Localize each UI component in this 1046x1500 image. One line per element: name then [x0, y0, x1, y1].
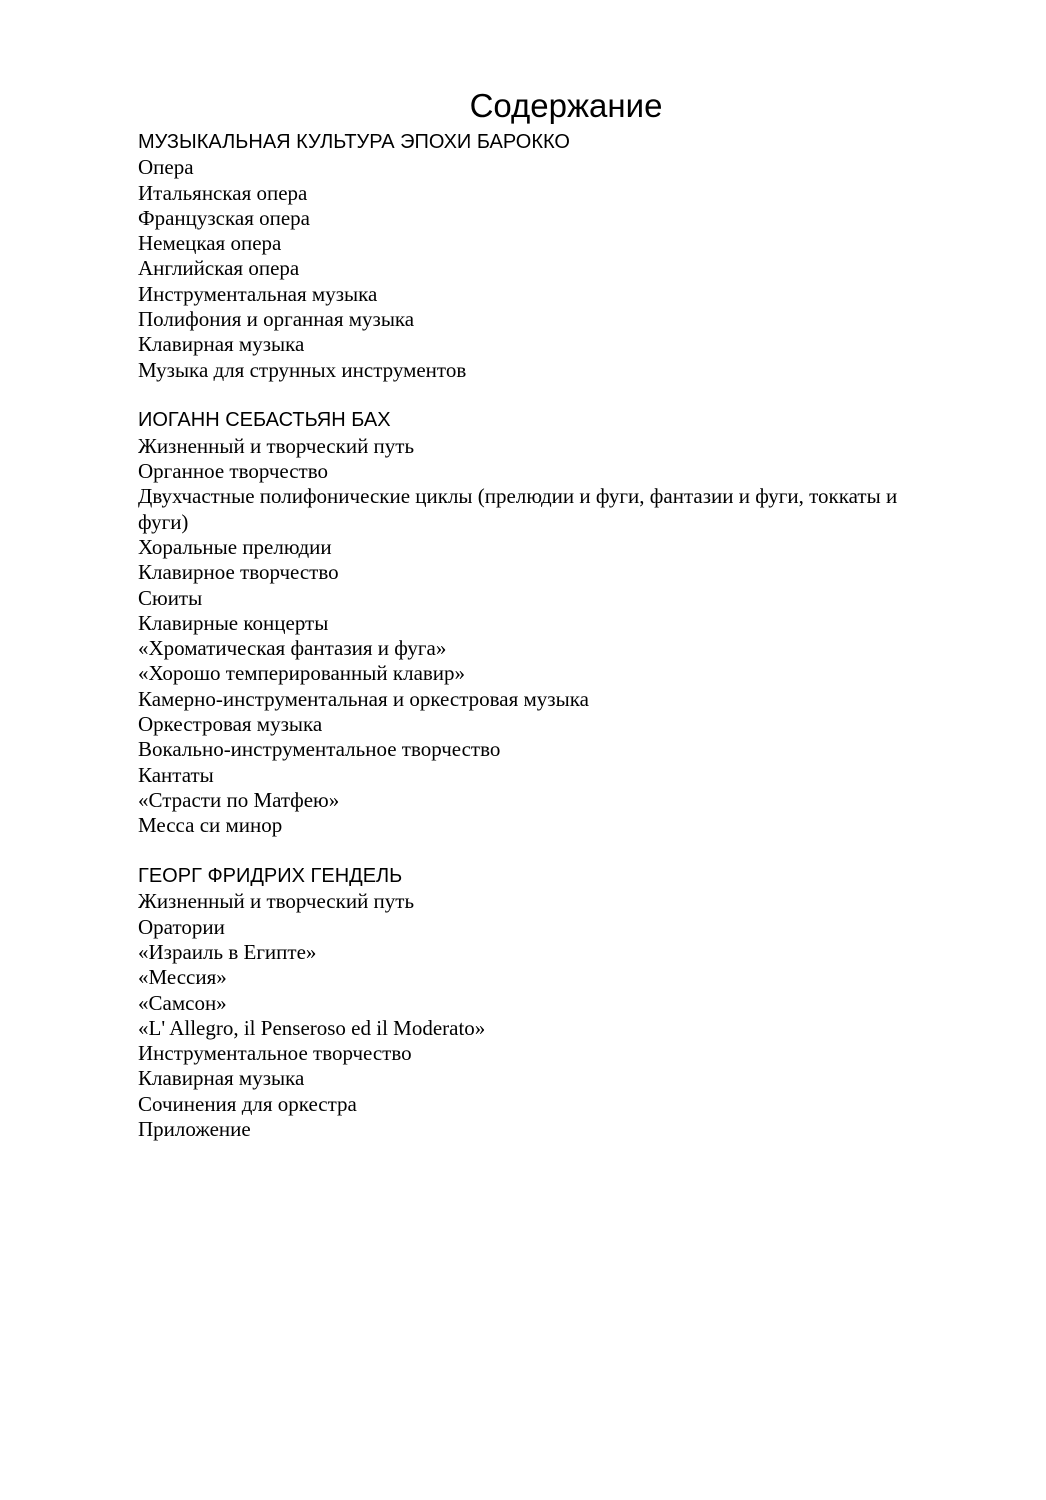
toc-entry[interactable]: «Самсон» [138, 991, 948, 1016]
toc-entry[interactable]: «L' Allegro, il Penseroso ed il Moderato… [138, 1016, 948, 1041]
toc-entry[interactable]: «Хроматическая фантазия и фуга» [138, 636, 948, 661]
toc-entry[interactable]: Клавирная музыка [138, 332, 948, 357]
toc-entry[interactable]: «Страсти по Матфею» [138, 788, 948, 813]
toc-entry[interactable]: Месса си минор [138, 813, 948, 838]
toc-entry[interactable]: Клавирные концерты [138, 611, 948, 636]
toc-entry[interactable]: Английская опера [138, 256, 948, 281]
toc-entry[interactable]: Оратории [138, 915, 948, 940]
toc-entry[interactable]: Приложение [138, 1117, 948, 1142]
toc-entry[interactable]: Оркестровая музыка [138, 712, 948, 737]
toc-entry[interactable]: Камерно-инструментальная и оркестровая м… [138, 687, 948, 712]
toc-entry[interactable]: Немецкая опера [138, 231, 948, 256]
section-heading[interactable]: ГЕОРГ ФРИДРИХ ГЕНДЕЛЬ [138, 864, 948, 889]
toc-entry[interactable]: Двухчастные полифонические циклы (прелюд… [138, 484, 948, 535]
toc-entry[interactable]: Вокально-инструментальное творчество [138, 737, 948, 762]
toc-entry[interactable]: Полифония и органная музыка [138, 307, 948, 332]
toc-entry[interactable]: Хоральные прелюдии [138, 535, 948, 560]
toc-entry[interactable]: Сочинения для оркестра [138, 1092, 948, 1117]
toc-entry[interactable]: Органное творчество [138, 459, 948, 484]
toc-entry[interactable]: Итальянская опера [138, 181, 948, 206]
section-heading[interactable]: МУЗЫКАЛЬНАЯ КУЛЬТУРА ЭПОХИ БАРОККО [138, 130, 948, 155]
toc-entry[interactable]: «Израиль в Египте» [138, 940, 948, 965]
toc-entry[interactable]: Жизненный и творческий путь [138, 434, 948, 459]
toc-section: ГЕОРГ ФРИДРИХ ГЕНДЕЛЬЖизненный и творчес… [138, 864, 948, 1142]
toc-entry[interactable]: Французская опера [138, 206, 948, 231]
toc-entry[interactable]: «Хорошо темперированный клавир» [138, 661, 948, 686]
toc-entry[interactable]: Клавирная музыка [138, 1066, 948, 1091]
toc-section: ИОГАНН СЕБАСТЬЯН БАХЖизненный и творческ… [138, 408, 948, 838]
toc-entry[interactable]: Сюиты [138, 586, 948, 611]
section-heading[interactable]: ИОГАНН СЕБАСТЬЯН БАХ [138, 408, 948, 433]
toc-entry[interactable]: Клавирное творчество [138, 560, 948, 585]
table-of-contents: МУЗЫКАЛЬНАЯ КУЛЬТУРА ЭПОХИ БАРОККООпераИ… [138, 130, 948, 1168]
toc-entry[interactable]: Музыка для струнных инструментов [138, 358, 948, 383]
toc-entry[interactable]: Жизненный и творческий путь [138, 889, 948, 914]
toc-section: МУЗЫКАЛЬНАЯ КУЛЬТУРА ЭПОХИ БАРОККООпераИ… [138, 130, 948, 383]
toc-entry[interactable]: Кантаты [138, 763, 948, 788]
toc-entry[interactable]: «Мессия» [138, 965, 948, 990]
toc-entry[interactable]: Инструментальная музыка [138, 282, 948, 307]
toc-entry[interactable]: Опера [138, 155, 948, 180]
toc-entry[interactable]: Инструментальное творчество [138, 1041, 948, 1066]
page-title: Содержание [0, 86, 1046, 126]
document-page: Содержание МУЗЫКАЛЬНАЯ КУЛЬТУРА ЭПОХИ БА… [0, 0, 1046, 1500]
